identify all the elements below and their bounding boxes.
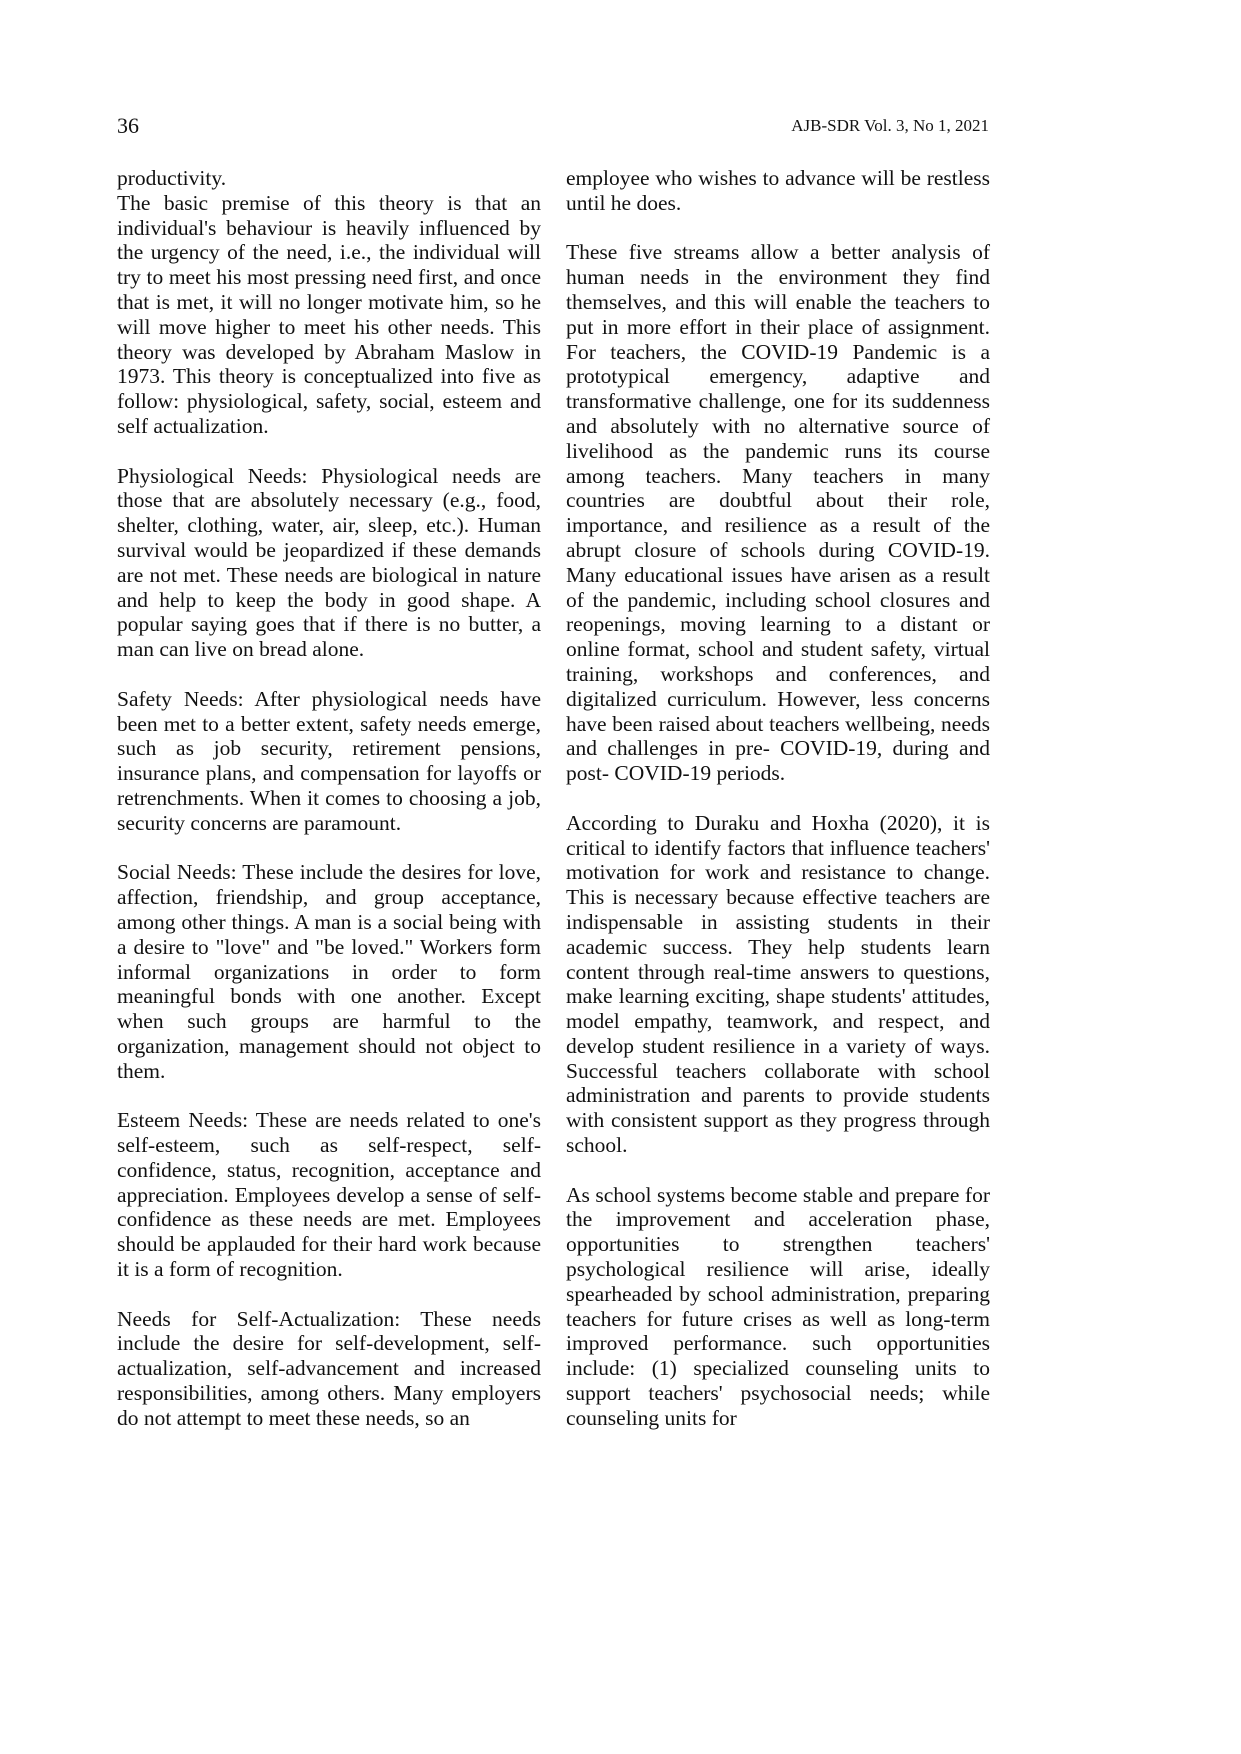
paragraph: productivity.: [117, 166, 541, 191]
paragraph: employee who wishes to advance will be r…: [566, 166, 990, 216]
paragraph: Physiological Needs: Physiological needs…: [117, 464, 541, 662]
paragraph: Esteem Needs: These are needs related to…: [117, 1108, 541, 1282]
right-column: employee who wishes to advance will be r…: [566, 166, 990, 1455]
page-number: 36: [117, 113, 139, 139]
paragraph: Safety Needs: After physiological needs …: [117, 687, 541, 836]
paragraph: These five streams allow a better analys…: [566, 240, 990, 786]
paragraph: As school systems become stable and prep…: [566, 1183, 990, 1431]
paragraph: Social Needs: These include the desires …: [117, 860, 541, 1083]
paragraph: Needs for Self-Actualization: These need…: [117, 1307, 541, 1431]
left-column: productivity. The basic premise of this …: [117, 166, 541, 1455]
paragraph: The basic premise of this theory is that…: [117, 191, 541, 439]
paragraph: According to Duraku and Hoxha (2020), it…: [566, 811, 990, 1158]
running-head: AJB-SDR Vol. 3, No 1, 2021: [791, 116, 989, 136]
